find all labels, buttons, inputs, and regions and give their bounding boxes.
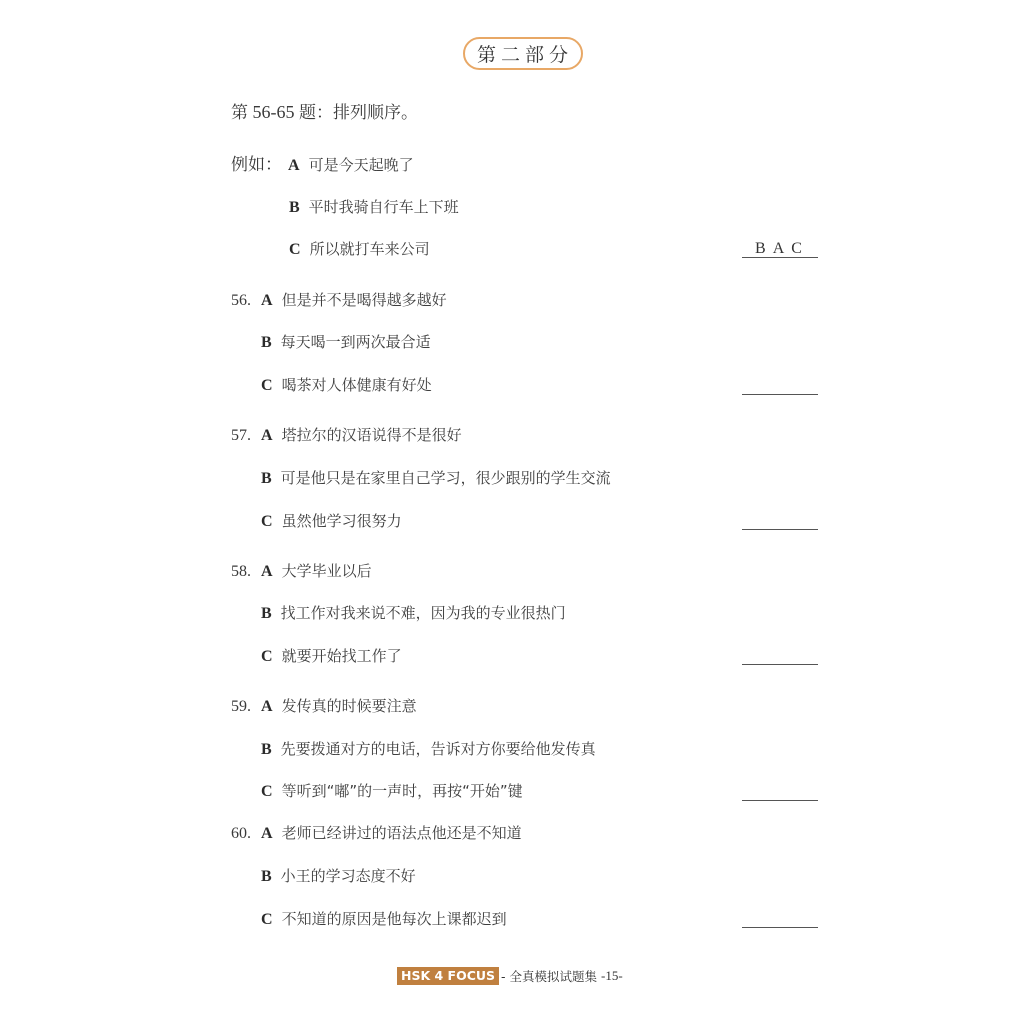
question-59-answer-blank[interactable] — [742, 783, 818, 801]
option-text: 所以就打车来公司 — [310, 240, 430, 258]
option-text: 大学毕业以后 — [282, 562, 372, 580]
option-text: 老师已经讲过的语法点他还是不知道 — [282, 824, 522, 842]
option-letter: B — [261, 868, 272, 886]
option-letter: A — [261, 292, 273, 310]
question-number: 56. — [231, 292, 261, 310]
example-option-b: B 平时我骑自行车上下班 — [289, 198, 459, 217]
question-number: 58. — [231, 563, 261, 581]
question-57-option-b: B 可是他只是在家里自己学习，很少跟别的学生交流 — [261, 469, 611, 488]
question-58-option-b: B 找工作对我来说不难，因为我的专业很热门 — [261, 604, 566, 623]
option-text: 先要拨通对方的电话，告诉对方你要给他发传真 — [281, 740, 596, 758]
example-answer: BAC — [742, 240, 818, 258]
question-56-option-c: C 喝茶对人体健康有好处 — [261, 376, 432, 395]
option-text: 喝茶对人体健康有好处 — [282, 376, 432, 394]
option-letter: C — [261, 783, 273, 801]
instruction: 第 56-65 题：排列顺序。 — [231, 98, 418, 123]
page-number: -15- — [601, 968, 623, 984]
option-text: 塔拉尔的汉语说得不是很好 — [282, 426, 462, 444]
option-letter: A — [261, 825, 273, 843]
question-58-option-a: 58. A 大学毕业以后 — [231, 562, 372, 581]
series-title: - 全真模拟试题集 — [501, 967, 597, 985]
option-letter: A — [288, 157, 300, 175]
question-60-option-a: 60. A 老师已经讲过的语法点他还是不知道 — [231, 824, 522, 843]
question-57-answer-blank[interactable] — [742, 512, 818, 530]
option-letter: C — [261, 648, 273, 666]
section-title-badge: 第二部分 — [463, 37, 583, 70]
question-57-option-c: C 虽然他学习很努力 — [261, 512, 402, 531]
option-text: 不知道的原因是他每次上课都迟到 — [282, 910, 507, 928]
question-56-option-b: B 每天喝一到两次最合适 — [261, 333, 431, 352]
option-text: 虽然他学习很努力 — [282, 512, 402, 530]
option-text: 就要开始找工作了 — [282, 647, 402, 665]
option-text: 可是今天起晚了 — [309, 156, 414, 174]
option-text: 但是并不是喝得越多越好 — [282, 291, 447, 309]
instruction-prefix: 第 — [231, 103, 248, 123]
question-59-option-a: 59. A 发传真的时候要注意 — [231, 697, 417, 716]
option-letter: A — [261, 698, 273, 716]
question-60-option-b: B 小王的学习态度不好 — [261, 867, 416, 886]
option-text: 等听到“嘟”的一声时，再按“开始”键 — [282, 782, 523, 800]
option-letter: C — [261, 377, 273, 395]
section-title: 第二部分 — [477, 40, 573, 67]
instruction-range: 56-65 — [253, 102, 295, 122]
option-letter: C — [261, 513, 273, 531]
option-letter: B — [261, 605, 272, 623]
option-text: 平时我骑自行车上下班 — [309, 198, 459, 216]
question-56-answer-blank[interactable] — [742, 377, 818, 395]
question-58-answer-blank[interactable] — [742, 647, 818, 665]
option-text: 小王的学习态度不好 — [281, 867, 416, 885]
example-option-c: C 所以就打车来公司 — [289, 240, 430, 259]
instruction-suffix: 题：排列顺序。 — [299, 103, 418, 123]
example-option-a: 例如： A 可是今天起晚了 — [231, 156, 414, 175]
page-footer: HSK 4 FOCUS - 全真模拟试题集 -15- — [397, 967, 623, 985]
question-number: 57. — [231, 427, 261, 445]
question-57-option-a: 57. A 塔拉尔的汉语说得不是很好 — [231, 426, 462, 445]
question-60-option-c: C 不知道的原因是他每次上课都迟到 — [261, 910, 507, 929]
option-letter: A — [261, 427, 273, 445]
brand-label: HSK 4 FOCUS — [397, 967, 499, 985]
option-text: 找工作对我来说不难，因为我的专业很热门 — [281, 604, 566, 622]
question-60-answer-blank[interactable] — [742, 910, 818, 928]
question-56-option-a: 56. A 但是并不是喝得越多越好 — [231, 291, 447, 310]
option-letter: B — [261, 741, 272, 759]
question-number: 60. — [231, 825, 261, 843]
option-letter: B — [261, 470, 272, 488]
option-text: 每天喝一到两次最合适 — [281, 333, 431, 351]
option-letter: A — [261, 563, 273, 581]
question-59-option-c: C 等听到“嘟”的一声时，再按“开始”键 — [261, 782, 523, 801]
option-letter: C — [261, 911, 273, 929]
option-letter: C — [289, 241, 301, 259]
question-number: 59. — [231, 698, 261, 716]
option-text: 可是他只是在家里自己学习，很少跟别的学生交流 — [281, 469, 611, 487]
option-letter: B — [261, 334, 272, 352]
question-58-option-c: C 就要开始找工作了 — [261, 647, 402, 666]
option-text: 发传真的时候要注意 — [282, 697, 417, 715]
option-letter: B — [289, 199, 300, 217]
question-59-option-b: B 先要拨通对方的电话，告诉对方你要给他发传真 — [261, 740, 596, 759]
example-label: 例如： — [231, 156, 282, 174]
